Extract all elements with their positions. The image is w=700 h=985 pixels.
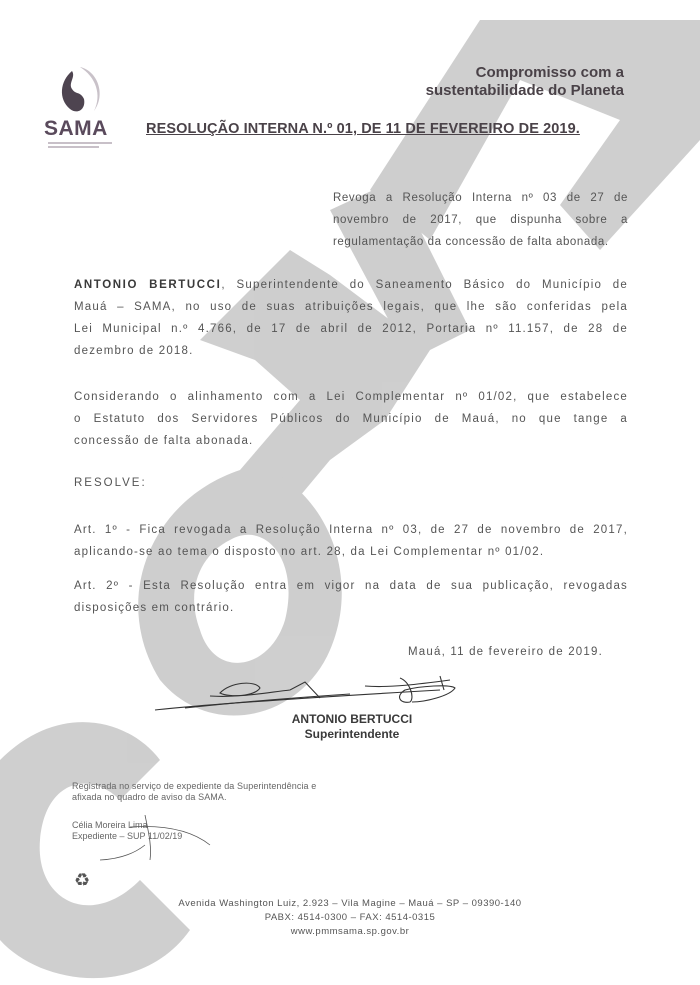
sama-logo-text: SAMA	[44, 117, 108, 141]
preamble: ANTONIO BERTUCCI, Superintendente do San…	[74, 274, 628, 362]
preamble-name: ANTONIO BERTUCCI	[74, 279, 221, 291]
article-1: Art. 1º - Fica revogada a Resolução Inte…	[74, 519, 628, 563]
considering-paragraph: Considerando o alinhamento com a Lei Com…	[74, 386, 628, 452]
footer-address: Avenida Washington Luiz, 2.923 – Vila Ma…	[150, 897, 550, 939]
logo-subtitle	[48, 142, 112, 152]
sama-logo-icon	[50, 65, 110, 117]
recycle-icon: ♻	[74, 870, 90, 891]
signer-name: ANTONIO BERTUCCI	[282, 712, 422, 727]
signer-role: Superintendente	[282, 727, 422, 742]
summary: Revoga a Resolução Interna nº 03 de 27 d…	[333, 187, 628, 253]
article-2: Art. 2º - Esta Resolução entra em vigor …	[74, 575, 628, 619]
sama-logo: SAMA	[40, 65, 120, 155]
place-date: Mauá, 11 de fevereiro de 2019.	[408, 646, 603, 658]
motto: Compromisso com a sustentabilidade do Pl…	[380, 64, 624, 100]
clerk-initials	[90, 815, 230, 865]
resolve-heading: RESOLVE:	[74, 477, 147, 489]
registration-note: Registrada no serviço de expediente da S…	[72, 781, 316, 803]
website-link: www.pmmsama.sp.gov.br	[150, 925, 550, 939]
signature	[150, 668, 470, 718]
signer-block: ANTONIO BERTUCCI Superintendente	[282, 712, 422, 742]
document-title: RESOLUÇÃO INTERNA N.º 01, DE 11 DE FEVER…	[146, 121, 580, 137]
